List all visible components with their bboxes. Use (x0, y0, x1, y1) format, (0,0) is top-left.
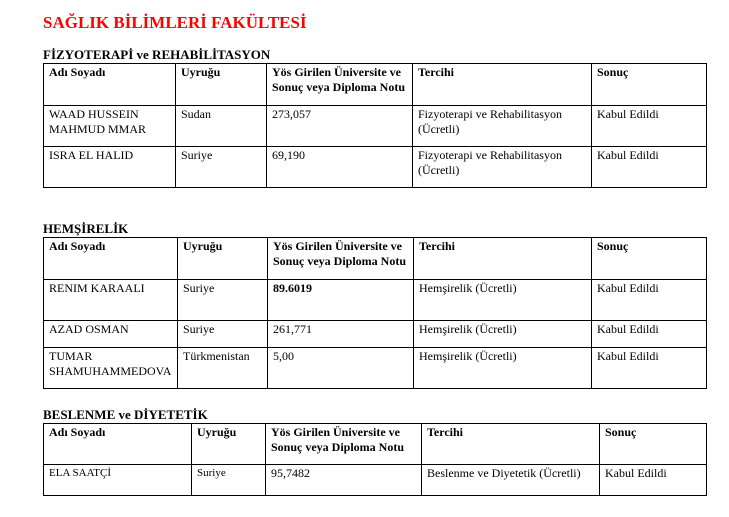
table-header-row: Adı Soyadı Uyruğu Yös Girilen Üniversite… (44, 64, 707, 106)
header-nationality: Uyruğu (178, 238, 268, 280)
cell-result: Kabul Edildi (592, 106, 707, 147)
cell-score: 261,771 (268, 321, 414, 348)
header-score: Yös Girilen Üniversite ve Sonuç veya Dip… (268, 238, 414, 280)
table-row: ISRA EL HALID Suriye 69,190 Fizyoterapi … (44, 147, 707, 188)
cell-name: WAAD HUSSEIN MAHMUD MMAR (44, 106, 176, 147)
cell-name: ELA SAATÇİ (44, 465, 192, 496)
cell-result: Kabul Edildi (600, 465, 707, 496)
header-preference: Tercihi (414, 238, 592, 280)
section-title-nutrition: BESLENME ve DİYETETİK (43, 408, 208, 422)
physiotherapy-table: Adı Soyadı Uyruğu Yös Girilen Üniversite… (43, 63, 707, 188)
cell-preference: Hemşirelik (Ücretli) (414, 348, 592, 389)
cell-result: Kabul Edildi (592, 321, 707, 348)
header-result: Sonuç (600, 424, 707, 465)
header-nationality: Uyruğu (176, 64, 267, 106)
header-preference: Tercihi (422, 424, 600, 465)
cell-score: 273,057 (267, 106, 413, 147)
cell-preference: Hemşirelik (Ücretli) (414, 321, 592, 348)
header-score: Yös Girilen Üniversite ve Sonuç veya Dip… (266, 424, 422, 465)
cell-nationality: Suriye (176, 147, 267, 188)
header-result: Sonuç (592, 238, 707, 280)
table-row: RENIM KARAALI Suriye 89.6019 Hemşirelik … (44, 280, 707, 321)
table-row: TUMAR SHAMUHAMMEDOVA Türkmenistan 5,00 H… (44, 348, 707, 389)
cell-name: ISRA EL HALID (44, 147, 176, 188)
cell-preference: Beslenme ve Diyetetik (Ücretli) (422, 465, 600, 496)
cell-preference: Hemşirelik (Ücretli) (414, 280, 592, 321)
table-row: WAAD HUSSEIN MAHMUD MMAR Sudan 273,057 F… (44, 106, 707, 147)
section-title-physiotherapy: FİZYOTERAPİ ve REHABİLİTASYON (43, 48, 270, 62)
cell-name: TUMAR SHAMUHAMMEDOVA (44, 348, 178, 389)
table-header-row: Adı Soyadı Uyruğu Yös Girilen Üniversite… (44, 238, 707, 280)
cell-name: AZAD OSMAN (44, 321, 178, 348)
cell-score: 69,190 (267, 147, 413, 188)
cell-score: 5,00 (268, 348, 414, 389)
cell-result: Kabul Edildi (592, 280, 707, 321)
header-score: Yös Girilen Üniversite ve Sonuç veya Dip… (267, 64, 413, 106)
header-result: Sonuç (592, 64, 707, 106)
header-name: Adı Soyadı (44, 424, 192, 465)
cell-preference: Fizyoterapi ve Rehabilitasyon (Ücretli) (413, 106, 592, 147)
nutrition-table: Adı Soyadı Uyruğu Yös Girilen Üniversite… (43, 423, 707, 496)
header-nationality: Uyruğu (192, 424, 266, 465)
cell-nationality: Suriye (178, 321, 268, 348)
cell-nationality: Suriye (178, 280, 268, 321)
table-row: ELA SAATÇİ Suriye 95,7482 Beslenme ve Di… (44, 465, 707, 496)
header-name: Adı Soyadı (44, 238, 178, 280)
section-title-nursing: HEMŞİRELİK (43, 222, 128, 236)
cell-nationality: Türkmenistan (178, 348, 268, 389)
header-name: Adı Soyadı (44, 64, 176, 106)
table-header-row: Adı Soyadı Uyruğu Yös Girilen Üniversite… (44, 424, 707, 465)
nursing-table: Adı Soyadı Uyruğu Yös Girilen Üniversite… (43, 237, 707, 389)
cell-preference: Fizyoterapi ve Rehabilitasyon (Ücretli) (413, 147, 592, 188)
cell-result: Kabul Edildi (592, 348, 707, 389)
header-preference: Tercihi (413, 64, 592, 106)
cell-result: Kabul Edildi (592, 147, 707, 188)
table-row: AZAD OSMAN Suriye 261,771 Hemşirelik (Üc… (44, 321, 707, 348)
cell-score: 95,7482 (266, 465, 422, 496)
cell-nationality: Suriye (192, 465, 266, 496)
cell-nationality: Sudan (176, 106, 267, 147)
faculty-title: SAĞLIK BİLİMLERİ FAKÜLTESİ (43, 13, 307, 33)
cell-score: 89.6019 (268, 280, 414, 321)
cell-name: RENIM KARAALI (44, 280, 178, 321)
